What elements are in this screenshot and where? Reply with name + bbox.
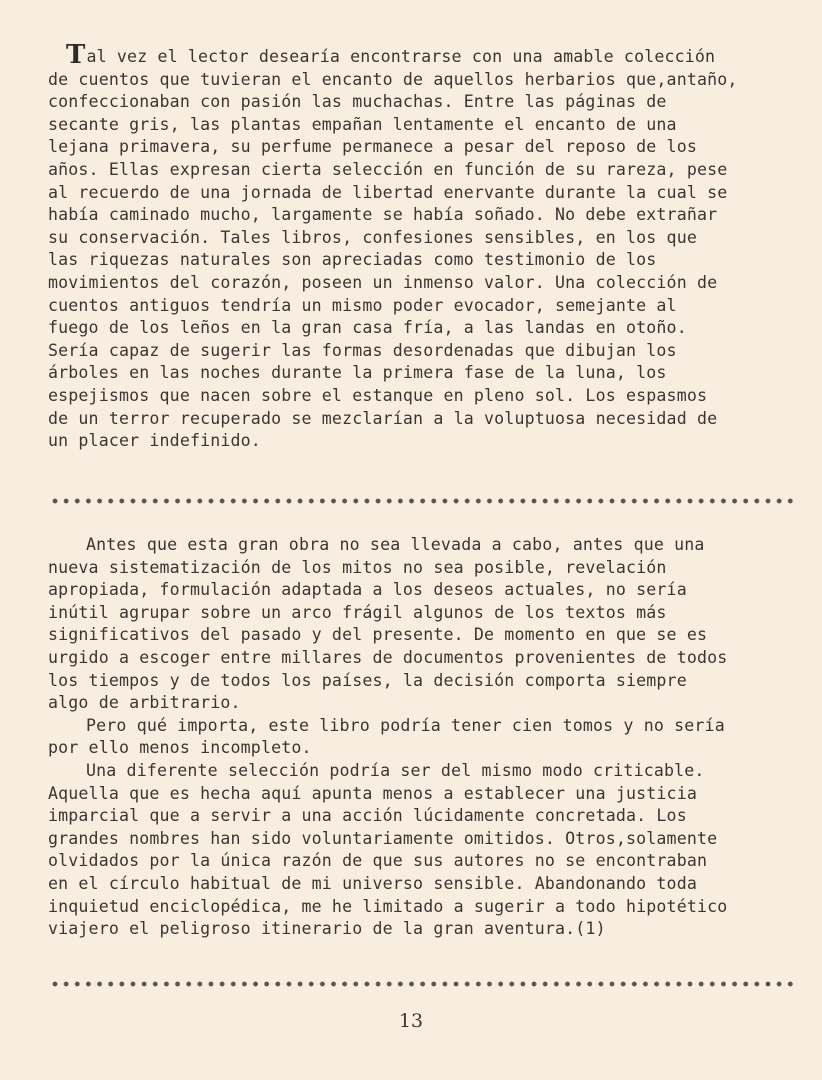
text-line: Una diferente selección podría ser del m… [48,760,808,783]
text-line: años. Ellas expresan cierta selección en… [48,159,808,182]
text-line: lejana primavera, su perfume permanece a… [48,136,808,159]
text-line: inútil agrupar sobre un arco frágil algu… [48,602,808,625]
text-line: las riquezas naturales son apreciadas co… [48,249,808,272]
section-body: Antes que esta gran obra no sea llevada … [48,534,808,941]
page-number: 13 [0,1010,822,1032]
dotted-separator [52,981,794,987]
text-line: inquietud enciclopédica, me he limitado … [48,896,808,919]
text-line: movimientos del corazón, poseen un inmen… [48,272,808,295]
text-line: de un terror recuperado se mezclarían a … [48,408,808,431]
text-line: nueva sistematización de los mitos no se… [48,557,808,580]
text-line: su conservación. Tales libros, confesion… [48,227,808,250]
text-line: grandes nombres han sido voluntariamente… [48,828,808,851]
text-line: fuego de los leños en la gran casa fría,… [48,317,808,340]
drop-cap: T [66,46,86,64]
dotted-separator [52,498,794,504]
text-line: apropiada, formulación adaptada a los de… [48,579,808,602]
text-line: espejismos que nacen sobre el estanque e… [48,385,808,408]
text-line: al recuerdo de una jornada de libertad e… [48,182,808,205]
text-line: algo de arbitrario. [48,692,808,715]
section-intro: Tal vez el lector desearía encontrarse c… [48,46,808,453]
text-line: imparcial que a servir a una acción lúci… [48,805,808,828]
text-line: los tiempos y de todos los países, la de… [48,670,808,693]
text-line: Aquella que es hecha aquí apunta menos a… [48,783,808,806]
text-line: cuentos antiguos tendría un mismo poder … [48,295,808,318]
text-line: olvidados por la única razón de que sus … [48,850,808,873]
text-line: había caminado mucho, largamente se habí… [48,204,808,227]
text-line: urgido a escoger entre millares de docum… [48,647,808,670]
text-line: un placer indefinido. [48,430,808,453]
document-page: Tal vez el lector desearía encontrarse c… [0,0,822,1080]
text-line: secante gris, las plantas empañan lentam… [48,114,808,137]
text-line: viajero el peligroso itinerario de la gr… [48,918,808,941]
text-line: confeccionaban con pasión las muchachas.… [48,91,808,114]
text-line: Antes que esta gran obra no sea llevada … [48,534,808,557]
text-line: significativos del pasado y del presente… [48,624,808,647]
text-line: Sería capaz de sugerir las formas desord… [48,340,808,363]
text-line: en el círculo habitual de mi universo se… [48,873,808,896]
text-line: por ello menos incompleto. [48,737,808,760]
text-line: Pero qué importa, este libro podría tene… [48,715,808,738]
text-line: árboles en las noches durante la primera… [48,362,808,385]
text-line: Tal vez el lector desearía encontrarse c… [48,46,808,69]
text-line: de cuentos que tuvieran el encanto de aq… [48,69,808,92]
